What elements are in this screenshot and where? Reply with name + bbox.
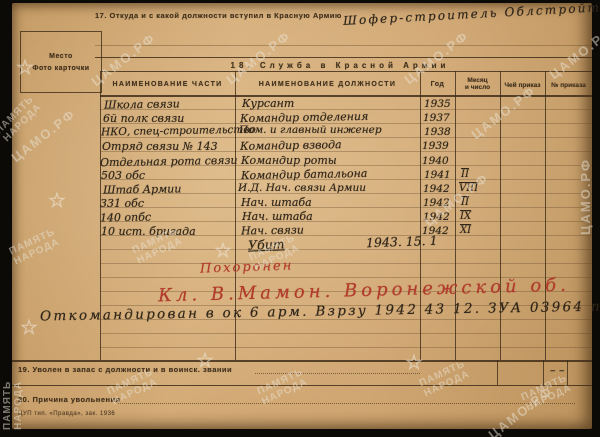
table-row-unit: 10 ист. бригада: [101, 225, 196, 238]
photo-box-line2: Фото карточки: [32, 65, 89, 72]
table-row-year: 1937: [423, 112, 450, 124]
table-row-unit: 6й полк связи: [103, 112, 184, 125]
column-header-month: Месяц и число: [455, 77, 500, 92]
table-row-position: Курсант: [242, 97, 294, 110]
table-row-year: 1938: [424, 126, 451, 138]
table-row-unit: Отдельная рота связи: [100, 154, 238, 169]
column-header-order-no: № приказа: [545, 82, 592, 89]
section17-label: 17. Откуда и с какой должности вступил в…: [95, 11, 342, 20]
section20-fill-line: [118, 402, 575, 404]
section18-title: 18. Служба в Красной Армии: [150, 61, 530, 70]
scanned-service-record-card: 17. Откуда и с какой должности вступил в…: [0, 0, 600, 437]
column-header-month-line1: Месяц: [467, 77, 487, 84]
column-header-month-line2: и число: [465, 84, 490, 91]
section19-vline-3: [567, 360, 568, 385]
table-row-month: XI: [460, 225, 471, 236]
print-shop-imprint: ЦУП тип. «Правда», зак. 1936: [18, 411, 115, 417]
blank-write-line: [95, 45, 592, 46]
section19-vline-1: [497, 360, 498, 385]
table-row-position: Пом. и главный инженер: [239, 124, 382, 136]
table-row-year: 1939: [422, 140, 449, 152]
table-top-line: [100, 71, 592, 72]
table-row-position: Командир батальона: [241, 167, 368, 182]
section19-value: – –: [550, 364, 565, 377]
table-row-position: Командир роты: [241, 154, 337, 167]
table-row-year: 1942: [423, 211, 450, 223]
table-row-month: VIII: [459, 183, 478, 194]
table-row-position: Командир взвода: [240, 138, 342, 153]
column-header-position: НАИМЕНОВАНИЕ ДОЛЖНОСТИ: [235, 81, 420, 88]
table-row-unit: 140 опбс: [100, 211, 151, 225]
table-row-unit: Штаб Армии: [103, 182, 182, 196]
table-row-position: Нач. штаба: [242, 210, 313, 223]
divider-line: [95, 57, 592, 58]
photo-box-line1: Место: [49, 53, 73, 60]
table-row-position: Командир отделения: [240, 110, 369, 125]
table-row-month: II: [461, 169, 469, 180]
column-header-order-by: Чей приказ: [500, 82, 545, 89]
table-row-year: 1942: [423, 183, 450, 195]
column-header-year: Год: [420, 81, 455, 88]
table-row-position: Нач. связи: [241, 223, 304, 237]
table-row-position: И.Д. Нач. связи Армии: [238, 182, 366, 194]
table-row-unit: 331 обс: [100, 197, 144, 210]
section19-vline-2: [543, 360, 544, 385]
table-bottom-line: [12, 360, 592, 362]
section19-label: 19. Уволен в запас с должности и в воинс…: [18, 365, 232, 374]
table-row-year: 1941: [424, 169, 451, 181]
column-header-unit: НАИМЕНОВАНИЕ ЧАСТИ: [100, 81, 235, 88]
section19-fill-line: [255, 372, 420, 374]
table-row-month: IX: [460, 211, 471, 222]
table-row-year: 1940: [422, 155, 449, 167]
table-row-month: II: [461, 197, 469, 208]
table-row-year: 1942: [423, 197, 450, 209]
grid-vline-6: [545, 71, 546, 360]
section19-bottom-line: [12, 385, 592, 386]
table-row-unit: 503 обс: [101, 169, 145, 182]
grid-vline-5: [500, 71, 501, 360]
table-row-unit: Школа связи: [104, 97, 180, 111]
table-row-unit: Отряд связи № 143: [102, 140, 218, 153]
death-date-note: 1943. 15. 1: [366, 233, 438, 250]
photo-placeholder-box: Место Фото карточки: [20, 31, 102, 93]
table-row-position: Нач. штаба: [241, 196, 312, 209]
table-row-year: 1935: [424, 98, 451, 110]
section20-label: 20. Причина увольнения: [18, 395, 121, 404]
death-status-note: Убит: [248, 236, 285, 252]
